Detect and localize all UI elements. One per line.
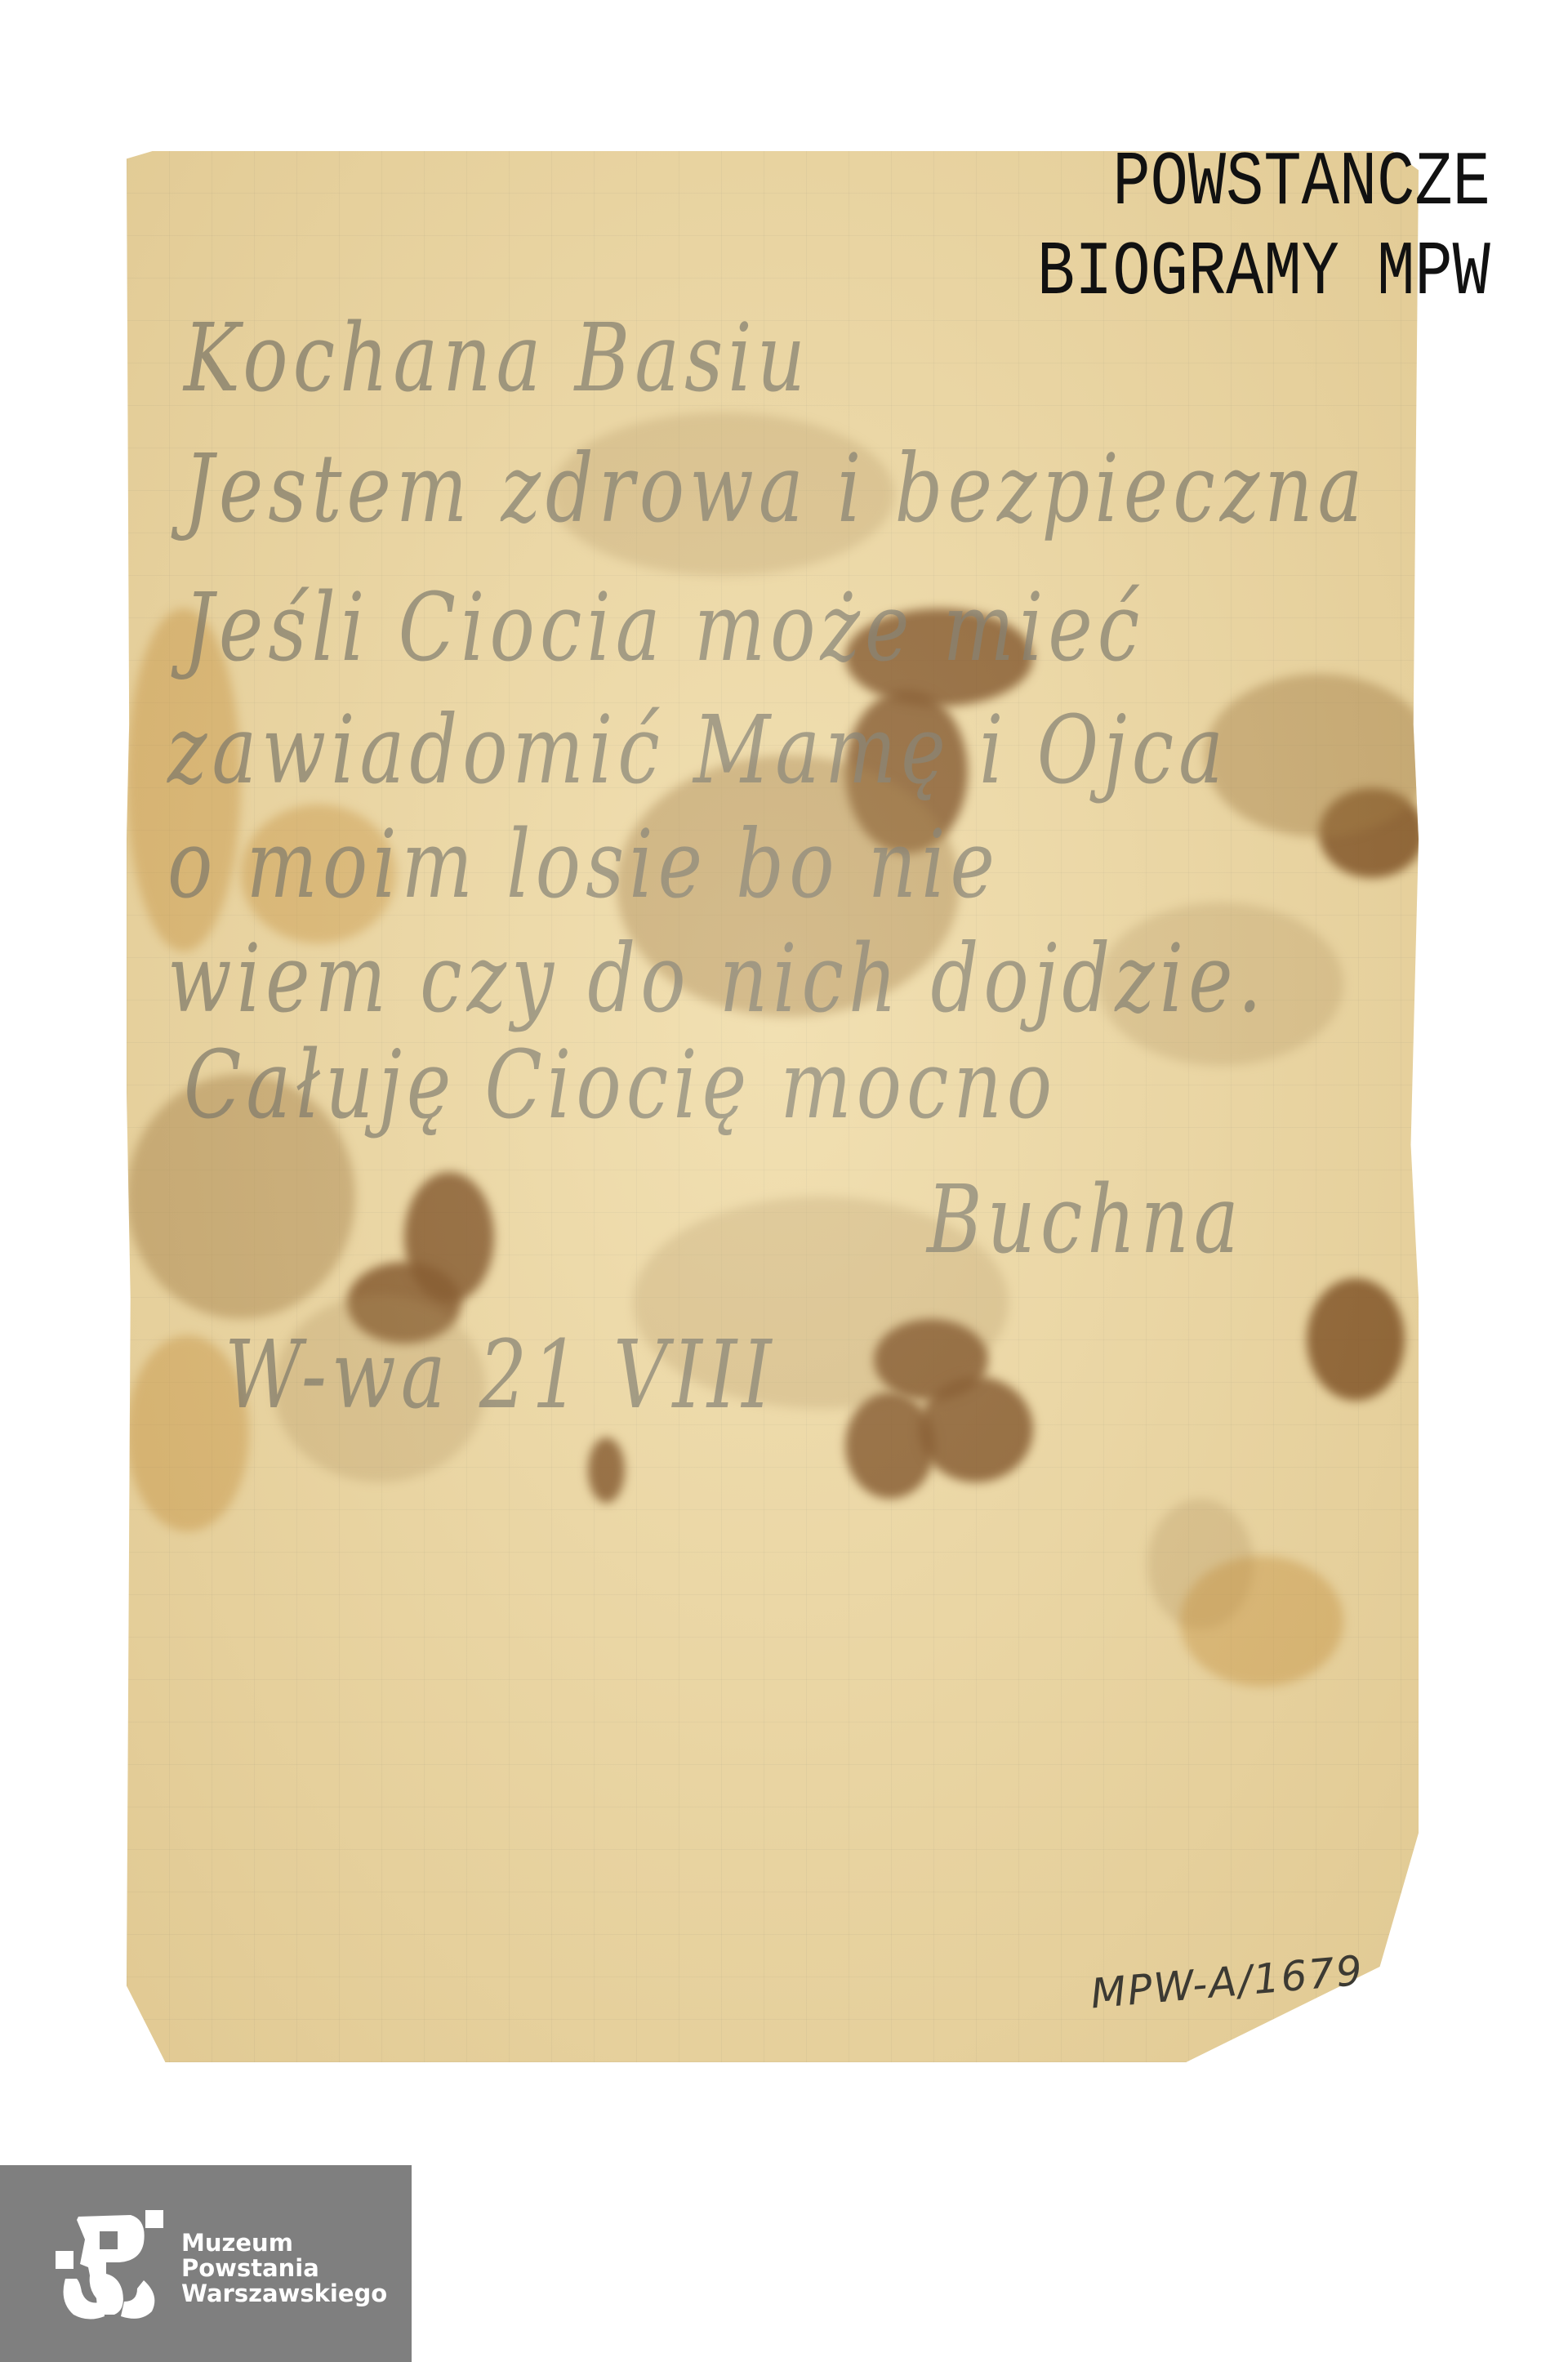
stain [919,1376,1033,1482]
letter-line: Całuję Ciocię mocno [184,1031,1057,1140]
stain [347,1262,461,1344]
letter-line: o moim losie bo nie [167,810,1000,920]
museum-name-line-1: Muzeum [181,2231,387,2256]
letter-date: W-wa 21 VIII [225,1321,777,1430]
museum-name-line-2: Powstania [181,2256,387,2281]
letter-line: Kochana Basiu [184,304,810,413]
stain [1180,1556,1343,1687]
watermark-line-2: BIOGRAMY MPW [1037,229,1490,319]
stain [1205,674,1419,837]
watermark-line-1: POWSTANCZE [1037,139,1490,229]
stain [551,412,894,576]
kotwica-anchor-icon [56,2210,166,2324]
letter-line: wiem czy do nich dojdzie. [167,925,1267,1034]
stain [404,1172,494,1303]
stain [617,755,960,1017]
stain [845,608,1033,706]
stain [633,1197,1009,1409]
letter-line: Jestem zdrowa i bezpieczna [184,435,1367,544]
letter-signature: Buchna [927,1165,1244,1275]
stain [1098,902,1343,1066]
stain [1307,1278,1405,1401]
letter-line: zawiadomić Mamę i Ojca [167,696,1228,805]
stain [874,1319,988,1401]
museum-name-line-3: Warszawskiego [181,2281,387,2306]
stain [845,690,968,853]
museum-logo: Muzeum Powstania Warszawskiego [0,2165,412,2362]
stain [127,1335,249,1531]
stain [274,1295,486,1482]
museum-name: Muzeum Powstania Warszawskiego [181,2231,387,2306]
stain [845,1393,935,1499]
stain [1319,788,1419,878]
watermark-title: POWSTANCZE BIOGRAMY MPW [1037,139,1490,319]
letter-line: Jeśli Ciocia może mieć [184,573,1144,683]
letter-paper: Kochana Basiu Jestem zdrowa i bezpieczna… [127,151,1419,2062]
stain [127,608,241,951]
stain [588,1437,625,1503]
stain [241,804,396,943]
stain [1147,1499,1254,1629]
stain [127,1074,355,1319]
